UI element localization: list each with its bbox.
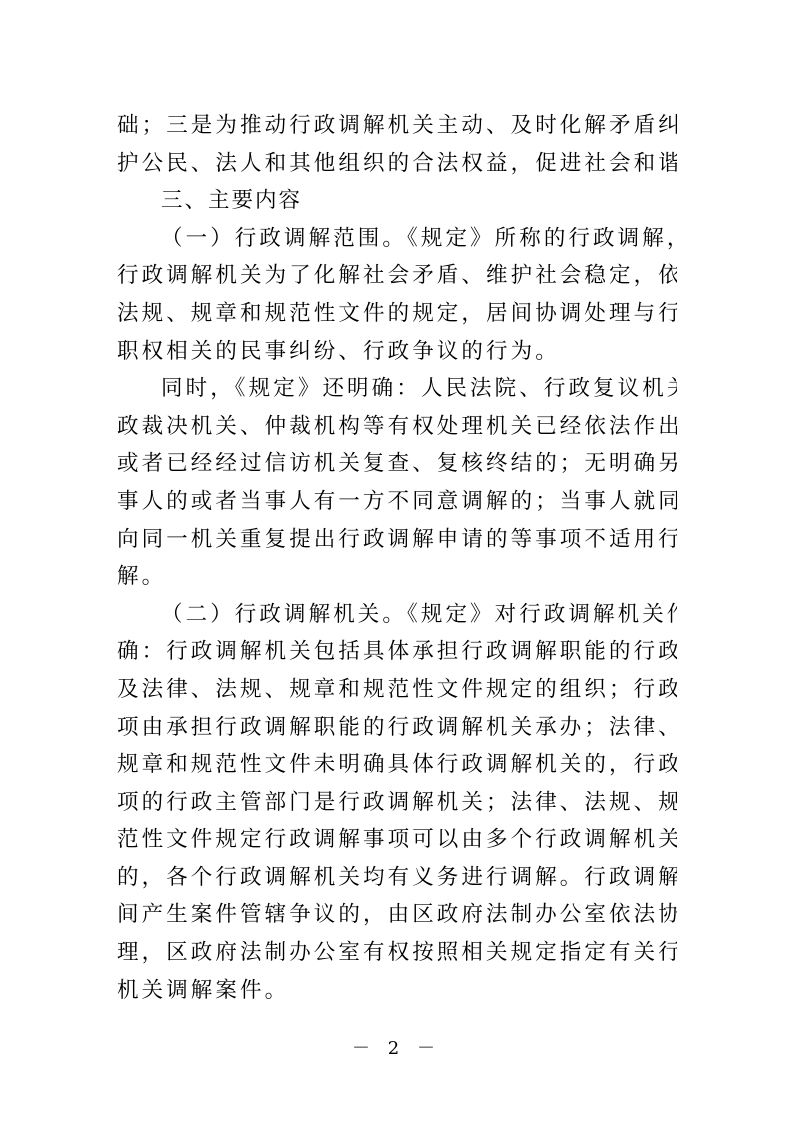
text-line: 事人的或者当事人有一方不同意调解的；当事人就同一事由 <box>117 483 677 521</box>
section-heading: 三、主要内容 <box>117 182 677 220</box>
text-line: 机关调解案件。 <box>117 972 677 1010</box>
text-line: 确：行政调解机关包括具体承担行政调解职能的行政机关以 <box>117 633 677 671</box>
text-line: （一）行政调解范围。《规定》所称的行政调解，是指 <box>117 220 677 258</box>
text-line: 或者已经经过信访机关复查、复核终结的；无明确另一方当 <box>117 445 677 483</box>
text-line: 理，区政府法制办公室有权按照相关规定指定有关行政调解 <box>117 934 677 972</box>
text-line: 及法律、法规、规章和规范性文件规定的组织；行政调解事 <box>117 671 677 709</box>
text-line: 行政调解机关为了化解社会矛盾、维护社会稳定，依照法律、 <box>117 257 677 295</box>
page-number: － 2 － <box>0 1034 793 1060</box>
text-line: 同时，《规定》还明确：人民法院、行政复议机关、行 <box>117 370 677 408</box>
text-line: 范性文件规定行政调解事项可以由多个行政调解机关调解 <box>117 821 677 859</box>
text-line: （二）行政调解机关。《规定》对行政调解机关作出明 <box>117 596 677 634</box>
text-line: 项由承担行政调解职能的行政调解机关承办；法律、法规、 <box>117 709 677 747</box>
text-line: 项的行政主管部门是行政调解机关；法律、法规、规章和规 <box>117 784 677 822</box>
text-line: 规章和规范性文件未明确具体行政调解机关的，行政调解事 <box>117 746 677 784</box>
document-page: 础；三是为推动行政调解机关主动、及时化解矛盾纠纷，维 护公民、法人和其他组织的合… <box>117 107 677 1009</box>
text-line: 的，各个行政调解机关均有义务进行调解。行政调解机关之 <box>117 859 677 897</box>
text-line: 解。 <box>117 558 677 596</box>
text-line: 间产生案件管辖争议的，由区政府法制办公室依法协调处 <box>117 896 677 934</box>
text-line: 护公民、法人和其他组织的合法权益，促进社会和谐稳定。 <box>117 145 677 183</box>
text-line: 础；三是为推动行政调解机关主动、及时化解矛盾纠纷，维 <box>117 107 677 145</box>
text-line: 职权相关的民事纠纷、行政争议的行为。 <box>117 333 677 371</box>
text-line: 政裁决机关、仲裁机构等有权处理机关已经依法作出处理， <box>117 408 677 446</box>
text-line: 法规、规章和规范性文件的规定，居间协调处理与行使行政 <box>117 295 677 333</box>
text-line: 向同一机关重复提出行政调解申请的等事项不适用行政调 <box>117 521 677 559</box>
